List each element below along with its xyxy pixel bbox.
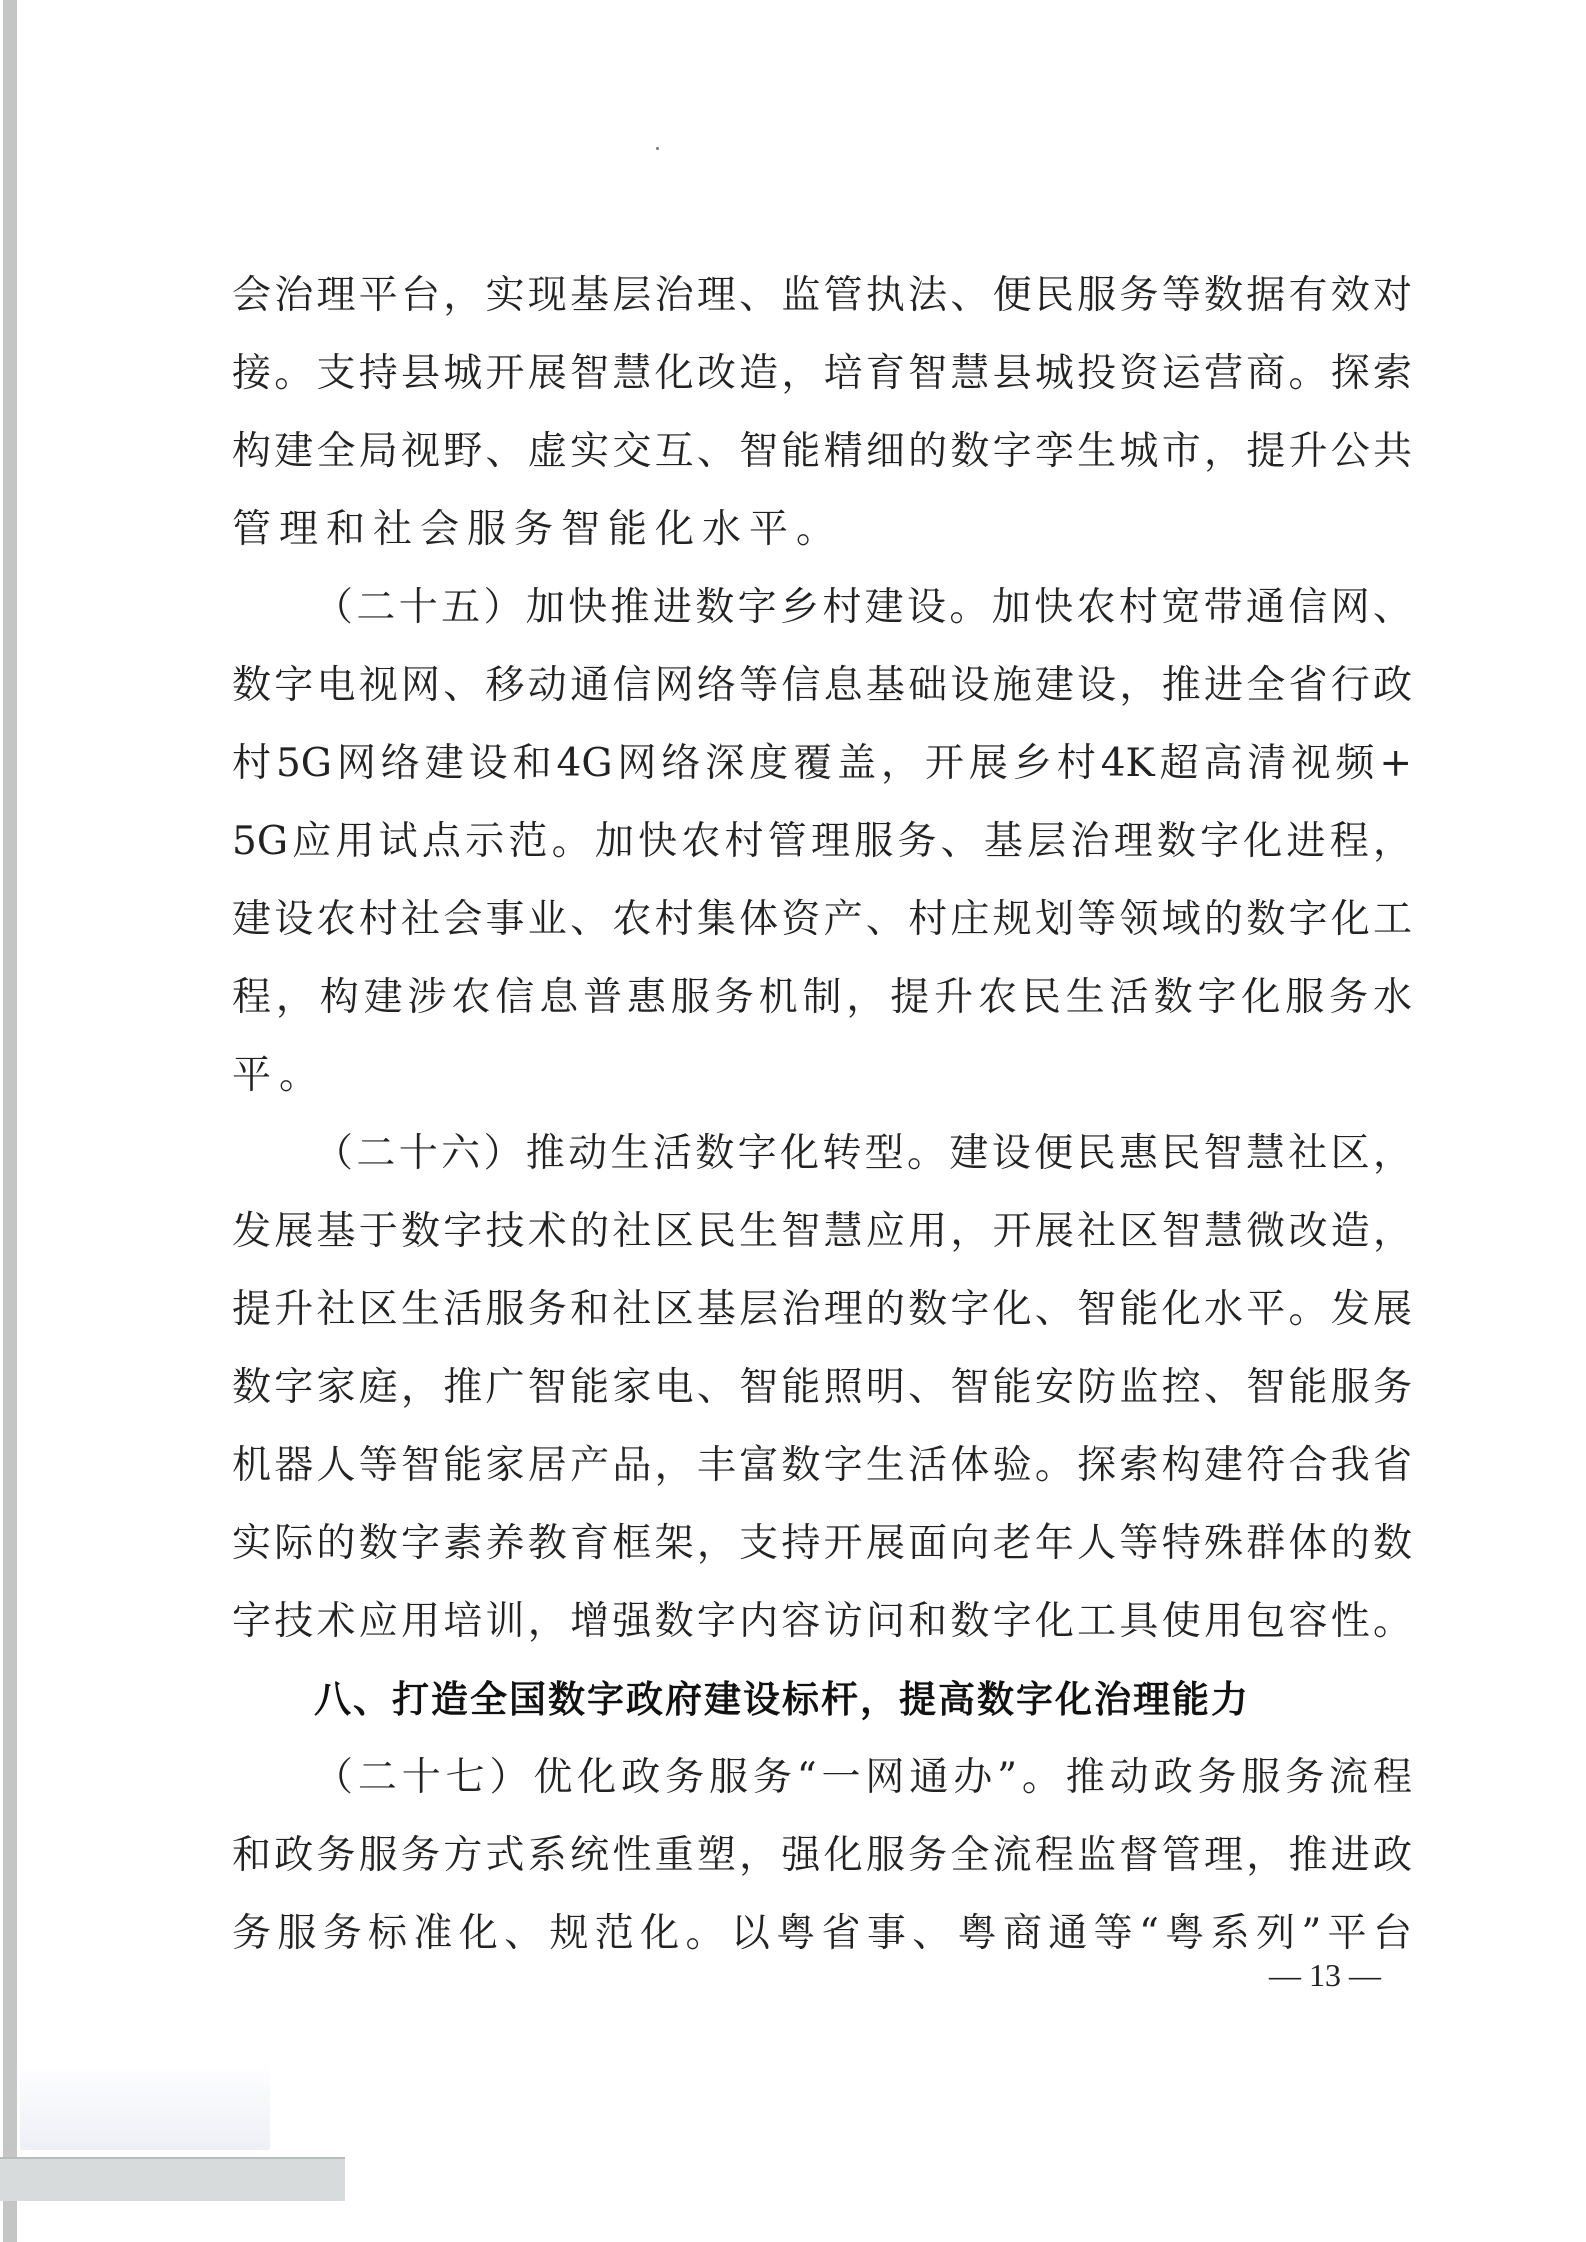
scan-speck [656, 147, 659, 150]
text-line: 5G应用试点示范。加快农村管理服务、基层治理数字化进程， [232, 803, 1412, 881]
document-body: 会治理平台，实现基层治理、监管执法、便民服务等数据有效对 接。支持县城开展智慧化… [232, 257, 1412, 1973]
page-number: — 13 — [1250, 1955, 1400, 1995]
section-heading: 八、打造全国数字政府建设标杆，提高数字化治理能力 [232, 1661, 1412, 1739]
text-line: 会治理平台，实现基层治理、监管执法、便民服务等数据有效对 [232, 257, 1412, 335]
text-line: 发展基于数字技术的社区民生智慧应用，开展社区智慧微改造， [232, 1193, 1412, 1271]
text-line: 数字家庭，推广智能家电、智能照明、智能安防监控、智能服务 [232, 1349, 1412, 1427]
paragraph-continuation: 会治理平台，实现基层治理、监管执法、便民服务等数据有效对 接。支持县城开展智慧化… [232, 257, 1412, 569]
text-line: 平。 [232, 1037, 1412, 1115]
text-line: 建设农村社会事业、农村集体资产、村庄规划等领域的数字化工 [232, 881, 1412, 959]
text-line: （二十七）优化政务服务“一网通办”。推动政务服务流程 [232, 1739, 1412, 1817]
text-line: （二十六）推动生活数字化转型。建设便民惠民智慧社区， [232, 1115, 1412, 1193]
text-line: 和政务服务方式系统性重塑，强化服务全流程监督管理，推进政 [232, 1817, 1412, 1895]
text-line: 字技术应用培训，增强数字内容访问和数字化工具使用包容性。 [232, 1583, 1412, 1661]
paragraph-item-26: （二十六）推动生活数字化转型。建设便民惠民智慧社区， 发展基于数字技术的社区民生… [232, 1115, 1412, 1661]
text-line: 接。支持县城开展智慧化改造，培育智慧县城投资运营商。探索 [232, 335, 1412, 413]
scan-smudge [20, 2060, 270, 2150]
text-line: 管理和社会服务智能化水平。 [232, 491, 1412, 569]
text-line: 数字电视网、移动通信网络等信息基础设施建设，推进全省行政 [232, 647, 1412, 725]
text-line: 村5G网络建设和4G网络深度覆盖，开展乡村4K超高清视频+ [232, 725, 1412, 803]
paragraph-item-27: （二十七）优化政务服务“一网通办”。推动政务服务流程 和政务服务方式系统性重塑，… [232, 1739, 1412, 1973]
text-line: 实际的数字素养教育框架，支持开展面向老年人等特殊群体的数 [232, 1505, 1412, 1583]
scan-left-edge [3, 0, 17, 2242]
text-line: 提升社区生活服务和社区基层治理的数字化、智能化水平。发展 [232, 1271, 1412, 1349]
text-line: 务服务标准化、规范化。以粤省事、粤商通等“粤系列”平台 [232, 1895, 1412, 1973]
text-line: 构建全局视野、虚实交互、智能精细的数字孪生城市，提升公共 [232, 413, 1412, 491]
text-line: 机器人等智能家居产品，丰富数字生活体验。探索构建符合我省 [232, 1427, 1412, 1505]
text-line: 程，构建涉农信息普惠服务机制，提升农民生活数字化服务水 [232, 959, 1412, 1037]
paragraph-item-25: （二十五）加快推进数字乡村建设。加快农村宽带通信网、 数字电视网、移动通信网络等… [232, 569, 1412, 1115]
text-line: （二十五）加快推进数字乡村建设。加快农村宽带通信网、 [232, 569, 1412, 647]
scan-bottom-edge [0, 2157, 345, 2201]
